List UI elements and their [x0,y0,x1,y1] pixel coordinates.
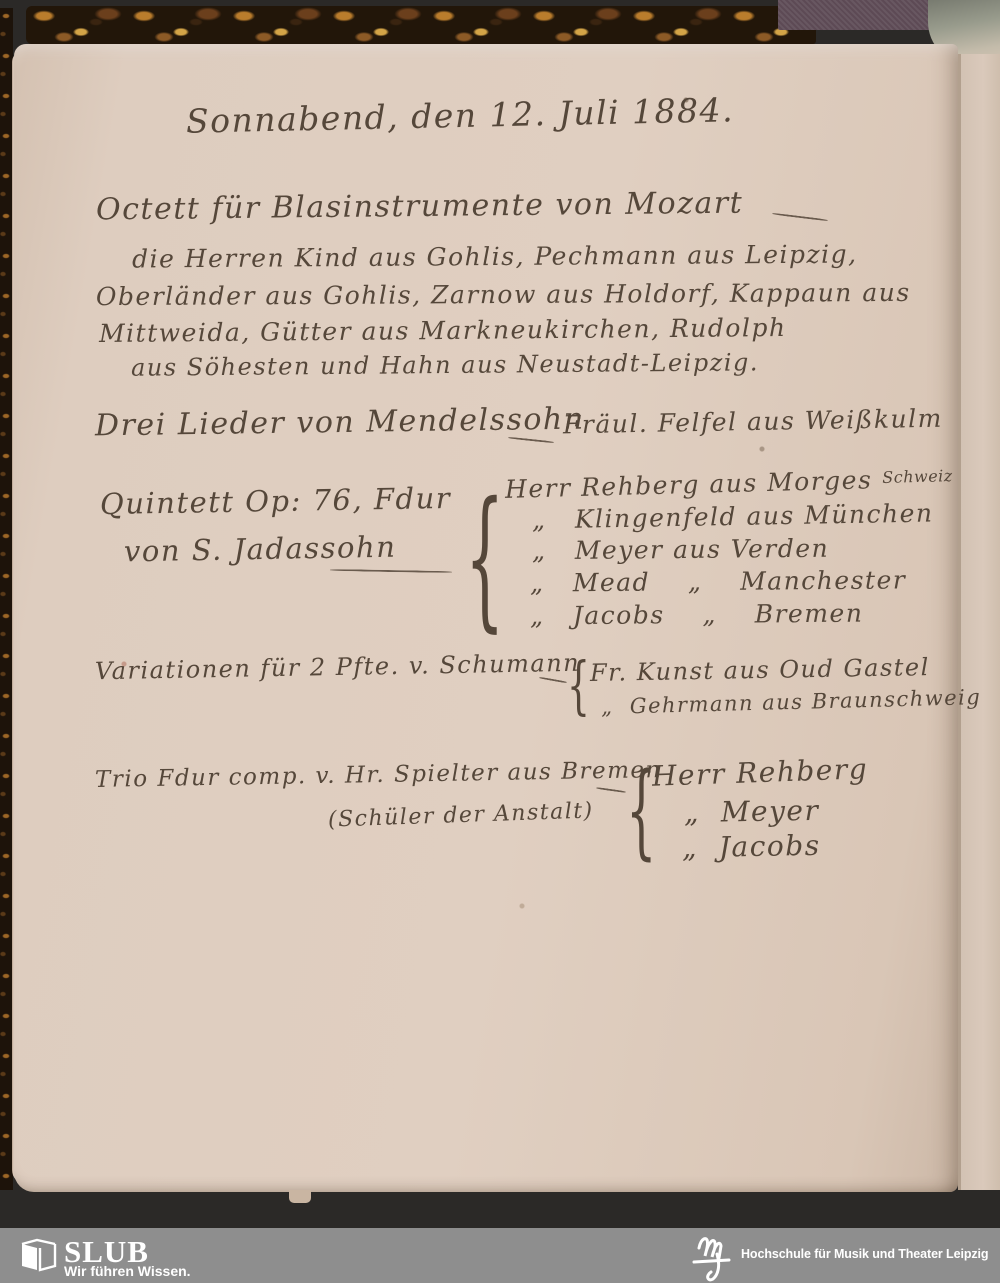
entry-quintett-performer-5: „ Jacobs „ Bremen [530,600,864,630]
brace: { [567,651,590,723]
entry-trio-performer-2: „ Meyer [684,796,820,829]
scanned-manuscript-page: Sonnabend, den 12. Juli 1884. Octett für… [0,0,1000,1283]
entry-octett-performers-line2: Oberländer aus Gohlis, Zarnow aus Holdor… [96,279,911,311]
entry-octett-performers-line1: die Herren Kind aus Gohlis, Pechmann aus… [132,240,858,273]
entry-quintett-work-line1: Quintett Op: 76, Fdur [100,483,452,521]
entry-octett-performers-line4: aus Söhesten und Hahn aus Neustadt-Leipz… [131,349,759,381]
entry-octett-performers-line3: Mittweida, Gütter aus Markneukirchen, Ru… [99,314,787,347]
cloth-cover-edge [778,0,946,30]
entry-octett-work: Octett für Blasinstrumente von Mozart [96,187,744,227]
slub-tagline: Wir führen Wissen. [64,1263,191,1279]
slub-book-icon [20,1237,58,1273]
performer-note: Schweiz [882,466,953,487]
brace: { [465,468,504,647]
marbled-cover-edge [26,6,816,44]
hmt-logo-icon [692,1232,732,1282]
entry-quintett-work-line2: von S. Jadassohn [124,532,397,569]
entry-quintett-performer-3: „ Meyer aus Verden [532,535,829,565]
entry-trio-performer-3: „ Jacobs [682,831,821,864]
page-bottom-tab [289,1190,311,1203]
entry-quintett-performer-4: „ Mead „ Manchester [530,566,906,597]
next-page-edge [958,54,1000,1190]
hmt-logo-text: Hochschule für Musik und Theater Leipzig [741,1247,988,1261]
entry-variationen-performer-1: Fr. Kunst aus Oud Gastel [590,654,930,686]
